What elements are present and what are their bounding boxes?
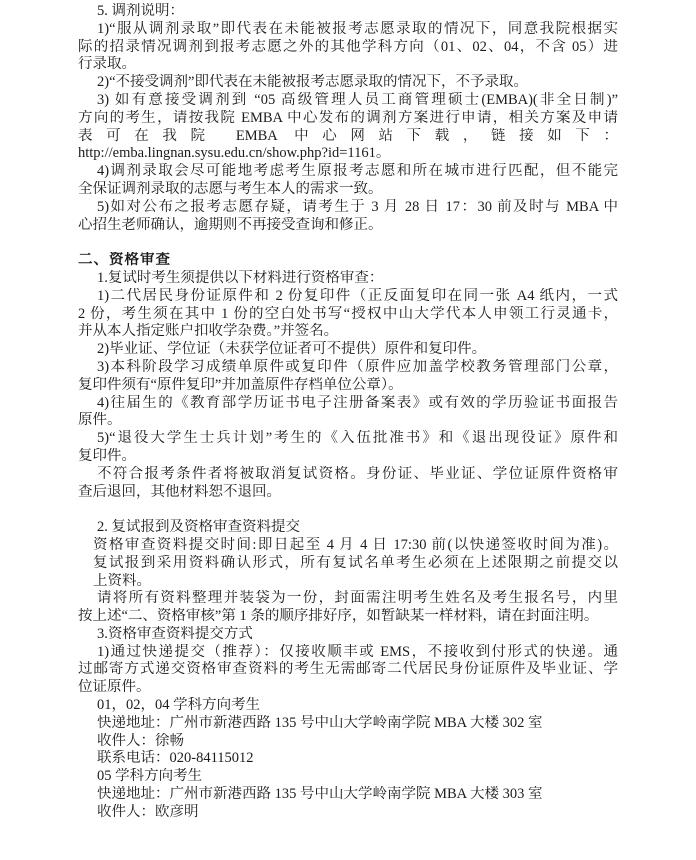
document-line: 2)“不接受调剂”即代表在未能被报考志愿录取的情况下，不予录取。: [78, 74, 618, 92]
document-line: 联系电话：020-84115012: [78, 750, 618, 768]
document-line: 5)如对公布之报考志愿存疑，请考生于 3 月 28 日 17：30 前及时与 M…: [78, 199, 618, 217]
document-line: http://emba.lingnan.sysu.edu.cn/show.php…: [78, 145, 618, 163]
document-line: 际的招录情况调剂到报考志愿之外的其他学科方向（01、02、04，不含 05）进: [78, 39, 618, 57]
document-line: 4)调剂录取会尽可能地考虑考生原报考志愿和所在城市进行匹配，但不能完: [78, 163, 618, 181]
section-heading: 二、资格审查: [78, 252, 618, 270]
document-line: 快递地址：广州市新港西路 135 号中山大学岭南学院 MBA 大楼 302 室: [78, 715, 618, 733]
document-line: 2. 复试报到及资格审查资料提交: [78, 519, 618, 537]
document-line: 并从本人指定账户扣收学杂费。”并签名。: [78, 323, 618, 341]
document-line: 1)通过快递提交（推荐）：仅接收顺丰或 EMS，不接收到付形式的快递。通: [78, 644, 618, 662]
blank-line: [78, 501, 618, 519]
document-line: 收件人：欧彦明: [78, 804, 618, 822]
document-line: 5)“退役大学生士兵计划”考生的《入伍批准书》和《退出现役证》原件和: [78, 430, 618, 448]
document-line: 上资料。: [78, 573, 618, 591]
document-line: 复印件须有“原件复印”并加盖原件存档单位公章）。: [78, 377, 618, 395]
document-line: 2 份，考生须在其中 1 份的空白处书写“授权中山大学代本人申领工行灵通卡，: [78, 306, 618, 324]
document-line: 3)本科阶段学习成绩单原件或复印件（原件应加盖学校教务管理部门公章，: [78, 359, 618, 377]
document-line: 3.资格审查资料提交方式: [78, 626, 618, 644]
document-line: 方向的考生，请按我院 EMBA 中心发布的调剂方案进行申请，相关方案及申请: [78, 110, 618, 128]
document-line: 请将所有资料整理并装袋为一份，封面需注明考生姓名及考生报名号，内里: [78, 590, 618, 608]
document-line: 不符合报考条件者将被取消复试资格。身份证、毕业证、学位证原件资格审: [78, 466, 618, 484]
document-line: 心招生老师确认，逾期则不再接受查询和修正。: [78, 217, 618, 235]
document-line: 05 学科方向考生: [78, 768, 618, 786]
document-line: 1)二代居民身份证原件和 2 份复印件（正反面复印在同一张 A4 纸内，一式: [78, 288, 618, 306]
document-page: 5. 调剂说明：1)“服从调剂录取”即代表在未能被报考志愿录取的情况下，同意我院…: [0, 0, 696, 860]
document-line: 查后退回，其他材料恕不退回。: [78, 484, 618, 502]
document-line: 资格审查资料提交时间:即日起至 4 月 4 日 17:30 前(以快递签收时间为…: [78, 537, 618, 555]
document-line: 过邮寄方式递交资格审查资料的考生无需邮寄二代居民身份证原件及毕业证、学: [78, 661, 618, 679]
document-line: 2)毕业证、学位证（未获学位证者可不提供）原件和复印件。: [78, 341, 618, 359]
document-line: 1.复试时考生须提供以下材料进行资格审查：: [78, 270, 618, 288]
document-line: 3) 如有意接受调剂到 “05 高级管理人员工商管理硕士(EMBA)(非全日制)…: [78, 92, 618, 110]
document-line: 全保证调剂录取的志愿与考生本人的需求一致。: [78, 181, 618, 199]
document-line: 原件。: [78, 412, 618, 430]
document-line: 按上述“二、资格审核”第 1 条的顺序排好序，如暂缺某一样材料，请在封面注明。: [78, 608, 618, 626]
document-line: 位证原件。: [78, 679, 618, 697]
document-line: 01，02，04 学科方向考生: [78, 697, 618, 715]
document-line: 4)往届生的《教育部学历证书电子注册备案表》或有效的学历验证书面报告: [78, 395, 618, 413]
document-line: 快递地址：广州市新港西路 135 号中山大学岭南学院 MBA 大楼 303 室: [78, 786, 618, 804]
document-line: 5. 调剂说明：: [78, 3, 618, 21]
document-line: 复试报到采用资料确认形式，所有复试名单考生必须在上述限期之前提交以: [78, 555, 618, 573]
document-line: 表可在我院 EMBA 中心网站下载，链接如下：: [78, 128, 618, 146]
document-line: 复印件。: [78, 448, 618, 466]
blank-line: [78, 234, 618, 252]
document-line: 行录取。: [78, 56, 618, 74]
document-line: 1)“服从调剂录取”即代表在未能被报考志愿录取的情况下，同意我院根据实: [78, 21, 618, 39]
document-line: 收件人：徐畅: [78, 733, 618, 751]
